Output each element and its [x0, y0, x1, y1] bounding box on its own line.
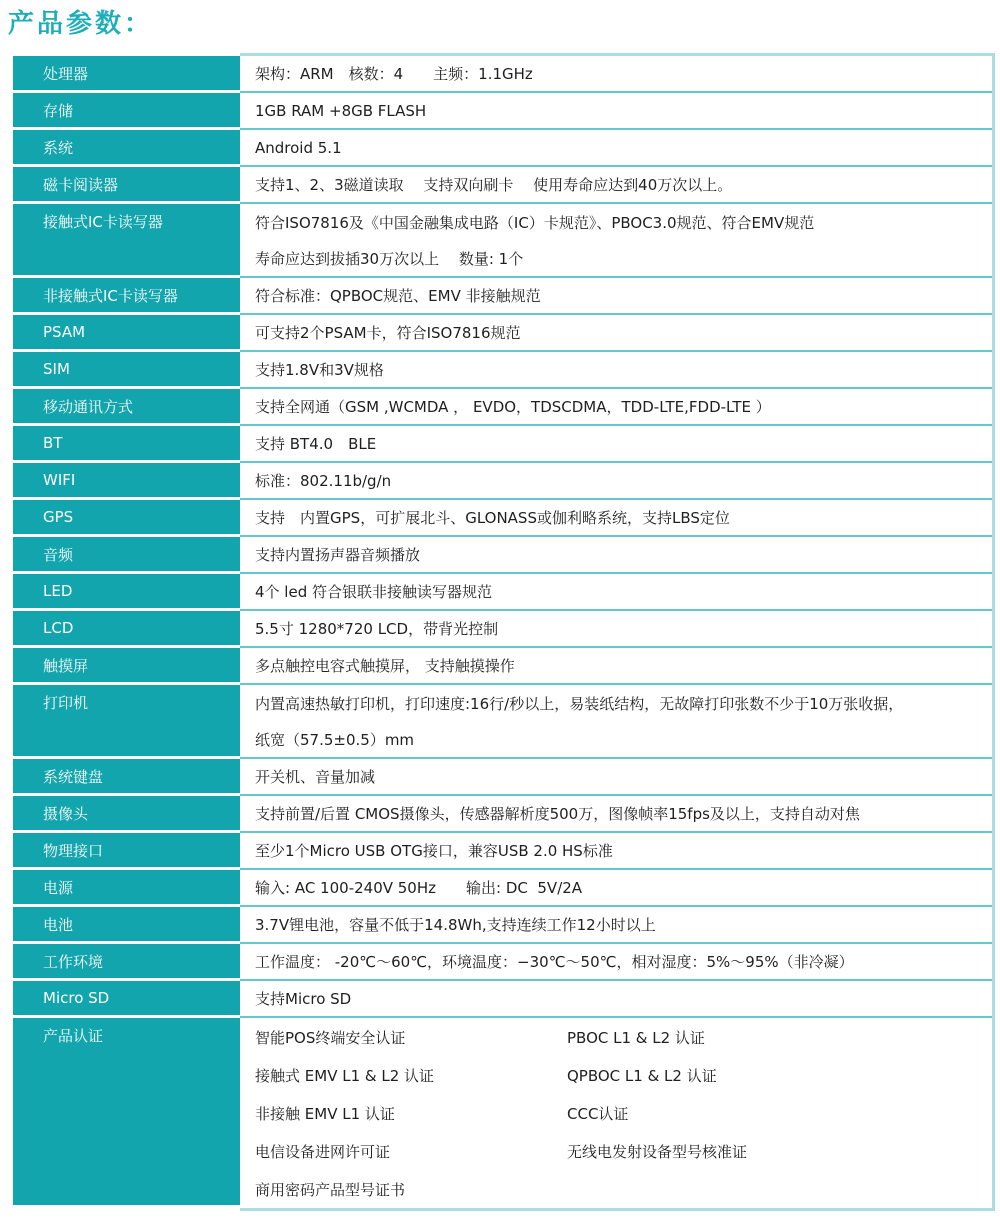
- row-label: 工作环境: [43, 944, 240, 978]
- table-row: BT 支持 BT4.0 BLE: [13, 426, 995, 463]
- row-label: 移动通讯方式: [43, 389, 240, 423]
- row-label: PSAM: [43, 315, 240, 349]
- row-label-cell: Micro SD: [13, 981, 240, 1015]
- row-value-cell: 3.7V锂电池，容量不低于14.8Wh,支持连续工作12小时以上: [240, 907, 995, 944]
- certification-item: CCC认证: [567, 1103, 628, 1124]
- table-row: 工作环境 工作温度： -20℃～60℃，环境温度：−30℃～50℃，相对湿度：5…: [13, 944, 995, 981]
- row-label-cell: 触摸屏: [13, 648, 240, 682]
- row-value: 支持Micro SD: [255, 981, 995, 1016]
- row-label-cell: 打印机: [13, 685, 240, 756]
- table-row: LCD 5.5寸 1280*720 LCD，带背光控制: [13, 611, 995, 648]
- row-value-cell: 4个 led 符合银联非接触读写器规范: [240, 574, 995, 611]
- row-value: 开关机、音量加减: [255, 759, 995, 794]
- row-label-cell: LED: [13, 574, 240, 608]
- row-value-cell: 支持 内置GPS，可扩展北斗、GLONASS或伽利略系统，支持LBS定位: [240, 500, 995, 537]
- row-label-cell: GPS: [13, 500, 240, 534]
- row-value: 支持1、2、3磁道读取 支持双向刷卡 使用寿命应达到40万次以上。: [255, 167, 995, 202]
- certification-line: 电信设备进网许可证无线电发射设备型号核准证: [255, 1132, 995, 1170]
- row-value-cell: 符合ISO7816及《中国金融集成电路（IC）卡规范》、PBOC3.0规范、符合…: [240, 204, 995, 278]
- row-value: 多点触控电容式触摸屏， 支持触摸操作: [255, 648, 995, 683]
- row-label-cell: 工作环境: [13, 944, 240, 978]
- certification-item: PBOC L1 & L2 认证: [567, 1027, 705, 1048]
- row-label-cell: 处理器: [13, 56, 240, 90]
- row-label: 存储: [43, 93, 240, 127]
- row-label-cell: 接触式IC卡读写器: [13, 204, 240, 275]
- row-value-cell: 支持1.8V和3V规格: [240, 352, 995, 389]
- row-label-cell: 物理接口: [13, 833, 240, 867]
- certification-item: 智能POS终端安全认证: [255, 1027, 567, 1048]
- row-label-cell: WIFI: [13, 463, 240, 497]
- row-label-cell: 电源: [13, 870, 240, 904]
- row-value: 5.5寸 1280*720 LCD，带背光控制: [255, 611, 995, 646]
- table-row: PSAM 可支持2个PSAM卡，符合ISO7816规范: [13, 315, 995, 352]
- certification-item: QPBOC L1 & L2 认证: [567, 1065, 717, 1086]
- row-value: 标准：802.11b/g/n: [255, 463, 995, 498]
- row-value-cell: 智能POS终端安全认证PBOC L1 & L2 认证接触式 EMV L1 & L…: [240, 1018, 995, 1208]
- table-row: SIM 支持1.8V和3V规格: [13, 352, 995, 389]
- row-value-cell: 可支持2个PSAM卡，符合ISO7816规范: [240, 315, 995, 352]
- row-value: 内置高速热敏打印机，打印速度:16行/秒以上，易装纸结构，无故障打印张数不少于1…: [255, 685, 995, 721]
- row-value: 工作温度： -20℃～60℃，环境温度：−30℃～50℃，相对湿度：5%～95%…: [255, 944, 995, 979]
- certification-item: 电信设备进网许可证: [255, 1141, 567, 1162]
- row-value-cell: 符合标准：QPBOC规范、EMV 非接触规范: [240, 278, 995, 315]
- row-value-cell: 工作温度： -20℃～60℃，环境温度：−30℃～50℃，相对湿度：5%～95%…: [240, 944, 995, 981]
- table-row: 处理器 架构：ARM 核数：4 主频：1.1GHz: [13, 56, 995, 93]
- row-value: 4个 led 符合银联非接触读写器规范: [255, 574, 995, 609]
- row-value: 可支持2个PSAM卡，符合ISO7816规范: [255, 315, 995, 350]
- table-border-bottom: [240, 1208, 995, 1211]
- certification-line: 商用密码产品型号证书: [255, 1170, 995, 1208]
- row-label-cell: 系统键盘: [13, 759, 240, 793]
- row-value-cell: 至少1个Micro USB OTG接口，兼容USB 2.0 HS标准: [240, 833, 995, 870]
- row-label-cell: PSAM: [13, 315, 240, 349]
- row-value: 寿命应达到拔插30万次以上 数量: 1个: [255, 240, 995, 276]
- table-row: 电池 3.7V锂电池，容量不低于14.8Wh,支持连续工作12小时以上: [13, 907, 995, 944]
- table-row: 物理接口 至少1个Micro USB OTG接口，兼容USB 2.0 HS标准: [13, 833, 995, 870]
- table-row: LED 4个 led 符合银联非接触读写器规范: [13, 574, 995, 611]
- row-value-cell: 支持Micro SD: [240, 981, 995, 1018]
- row-value-cell: 支持前置/后置 CMOS摄像头，传感器解析度500万，图像帧率15fps及以上，…: [240, 796, 995, 833]
- certification-item: 非接触 EMV L1 认证: [255, 1103, 567, 1124]
- row-value-cell: 标准：802.11b/g/n: [240, 463, 995, 500]
- row-value-cell: 5.5寸 1280*720 LCD，带背光控制: [240, 611, 995, 648]
- row-value-cell: 1GB RAM +8GB FLASH: [240, 93, 995, 130]
- row-value: 符合标准：QPBOC规范、EMV 非接触规范: [255, 278, 995, 313]
- row-label: 触摸屏: [43, 648, 240, 682]
- table-row: 磁卡阅读器 支持1、2、3磁道读取 支持双向刷卡 使用寿命应达到40万次以上。: [13, 167, 995, 204]
- table-row: 产品认证 智能POS终端安全认证PBOC L1 & L2 认证接触式 EMV L…: [13, 1018, 995, 1208]
- row-label: 电源: [43, 870, 240, 904]
- row-value-cell: 架构：ARM 核数：4 主频：1.1GHz: [240, 56, 995, 93]
- table-row: GPS 支持 内置GPS，可扩展北斗、GLONASS或伽利略系统，支持LBS定位: [13, 500, 995, 537]
- row-value: 支持1.8V和3V规格: [255, 352, 995, 387]
- row-value-cell: 支持内置扬声器音频播放: [240, 537, 995, 574]
- row-label-cell: 摄像头: [13, 796, 240, 830]
- row-label-cell: BT: [13, 426, 240, 460]
- row-label-cell: SIM: [13, 352, 240, 386]
- row-value: 支持前置/后置 CMOS摄像头，传感器解析度500万，图像帧率15fps及以上，…: [255, 796, 995, 831]
- row-value-cell: 开关机、音量加减: [240, 759, 995, 796]
- product-spec-table: 处理器 架构：ARM 核数：4 主频：1.1GHz 存储 1GB RAM +8G…: [13, 56, 995, 1208]
- row-value: 输入: AC 100-240V 50Hz 输出: DC 5V/2A: [255, 870, 995, 905]
- table-row: 音频 支持内置扬声器音频播放: [13, 537, 995, 574]
- row-label-cell: 非接触式IC卡读写器: [13, 278, 240, 312]
- table-border-top: [240, 53, 995, 56]
- row-label: 处理器: [43, 56, 240, 90]
- row-label: WIFI: [43, 463, 240, 497]
- table-row: 摄像头 支持前置/后置 CMOS摄像头，传感器解析度500万，图像帧率15fps…: [13, 796, 995, 833]
- row-value-cell: 输入: AC 100-240V 50Hz 输出: DC 5V/2A: [240, 870, 995, 907]
- row-value-cell: Android 5.1: [240, 130, 995, 167]
- row-label-cell: 移动通讯方式: [13, 389, 240, 423]
- row-value: 架构：ARM 核数：4 主频：1.1GHz: [255, 56, 995, 91]
- row-label: 产品认证: [43, 1018, 240, 1052]
- row-label: LCD: [43, 611, 240, 645]
- row-value-cell: 支持 BT4.0 BLE: [240, 426, 995, 463]
- row-label-cell: 存储: [13, 93, 240, 127]
- row-value: 1GB RAM +8GB FLASH: [255, 93, 995, 128]
- table-row: 存储 1GB RAM +8GB FLASH: [13, 93, 995, 130]
- table-row: 触摸屏 多点触控电容式触摸屏， 支持触摸操作: [13, 648, 995, 685]
- row-label-cell: 系统: [13, 130, 240, 164]
- row-label-cell: LCD: [13, 611, 240, 645]
- table-row: 系统键盘 开关机、音量加减: [13, 759, 995, 796]
- row-value: 支持 内置GPS，可扩展北斗、GLONASS或伽利略系统，支持LBS定位: [255, 500, 995, 535]
- row-value-cell: 支持1、2、3磁道读取 支持双向刷卡 使用寿命应达到40万次以上。: [240, 167, 995, 204]
- certification-item: 商用密码产品型号证书: [255, 1179, 567, 1200]
- row-value: 支持 BT4.0 BLE: [255, 426, 995, 461]
- row-label-cell: 电池: [13, 907, 240, 941]
- table-row: 电源 输入: AC 100-240V 50Hz 输出: DC 5V/2A: [13, 870, 995, 907]
- row-label: 音频: [43, 537, 240, 571]
- row-label: 系统: [43, 130, 240, 164]
- row-label: 物理接口: [43, 833, 240, 867]
- row-value-cell: 内置高速热敏打印机，打印速度:16行/秒以上，易装纸结构，无故障打印张数不少于1…: [240, 685, 995, 759]
- table-row: 打印机 内置高速热敏打印机，打印速度:16行/秒以上，易装纸结构，无故障打印张数…: [13, 685, 995, 759]
- row-label: 电池: [43, 907, 240, 941]
- certification-line: 非接触 EMV L1 认证CCC认证: [255, 1094, 995, 1132]
- row-value: 3.7V锂电池，容量不低于14.8Wh,支持连续工作12小时以上: [255, 907, 995, 942]
- certification-line: 接触式 EMV L1 & L2 认证QPBOC L1 & L2 认证: [255, 1056, 995, 1094]
- row-label: BT: [43, 426, 240, 460]
- row-label: 非接触式IC卡读写器: [43, 278, 240, 312]
- row-value-cell: 多点触控电容式触摸屏， 支持触摸操作: [240, 648, 995, 685]
- row-label: 打印机: [43, 685, 240, 719]
- table-row: Micro SD 支持Micro SD: [13, 981, 995, 1018]
- page-title: 产品参数：: [0, 8, 1000, 40]
- row-label-cell: 产品认证: [13, 1018, 240, 1205]
- row-label: 接触式IC卡读写器: [43, 204, 240, 238]
- row-value: 符合ISO7816及《中国金融集成电路（IC）卡规范》、PBOC3.0规范、符合…: [255, 204, 995, 240]
- row-value: Android 5.1: [255, 130, 995, 165]
- table-row: 系统 Android 5.1: [13, 130, 995, 167]
- row-label: GPS: [43, 500, 240, 534]
- row-label: Micro SD: [43, 981, 240, 1015]
- row-label: LED: [43, 574, 240, 608]
- certification-item: 接触式 EMV L1 & L2 认证: [255, 1065, 567, 1086]
- table-row: WIFI 标准：802.11b/g/n: [13, 463, 995, 500]
- table-row: 移动通讯方式 支持全网通（GSM ,WCMDA ， EVDO，TDSCDMA，T…: [13, 389, 995, 426]
- certification-item: 无线电发射设备型号核准证: [567, 1141, 747, 1162]
- row-value: 支持内置扬声器音频播放: [255, 537, 995, 572]
- table-row: 接触式IC卡读写器 符合ISO7816及《中国金融集成电路（IC）卡规范》、PB…: [13, 204, 995, 278]
- row-label: 系统键盘: [43, 759, 240, 793]
- row-label-cell: 音频: [13, 537, 240, 571]
- row-label-cell: 磁卡阅读器: [13, 167, 240, 201]
- row-value: 纸宽（57.5±0.5）mm: [255, 721, 995, 757]
- row-value-cell: 支持全网通（GSM ,WCMDA ， EVDO，TDSCDMA，TDD-LTE,…: [240, 389, 995, 426]
- row-label: SIM: [43, 352, 240, 386]
- table-row: 非接触式IC卡读写器 符合标准：QPBOC规范、EMV 非接触规范: [13, 278, 995, 315]
- row-value: 至少1个Micro USB OTG接口，兼容USB 2.0 HS标准: [255, 833, 995, 868]
- row-label: 摄像头: [43, 796, 240, 830]
- certification-line: 智能POS终端安全认证PBOC L1 & L2 认证: [255, 1018, 995, 1056]
- row-label: 磁卡阅读器: [43, 167, 240, 201]
- row-value: 支持全网通（GSM ,WCMDA ， EVDO，TDSCDMA，TDD-LTE,…: [255, 389, 995, 424]
- table-border-right: [992, 53, 995, 1211]
